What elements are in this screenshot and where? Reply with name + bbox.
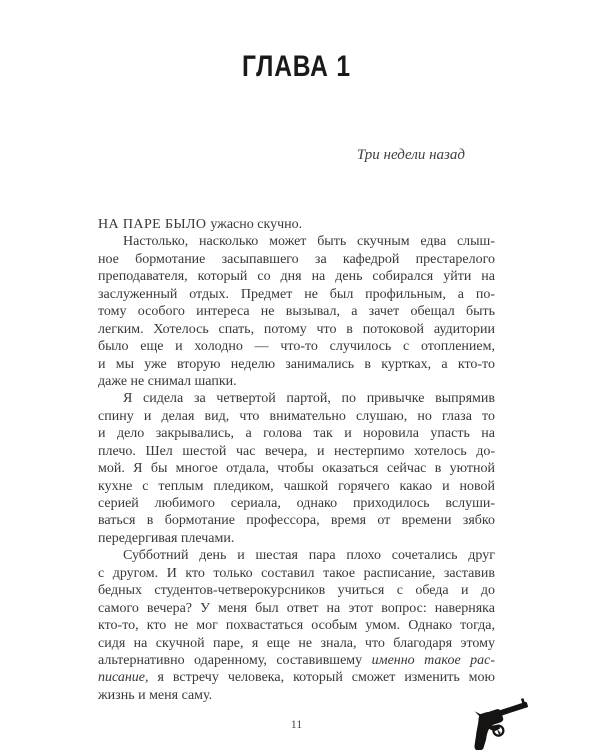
text-line: преподавателя, который со дня на день со… xyxy=(98,268,495,285)
text-line: НА ПАРЕ БЫЛО ужасно скучно. xyxy=(98,216,495,233)
text-line: жизнь и меня саму. xyxy=(98,687,495,704)
text-line: писание, я встречу человека, который смо… xyxy=(98,669,495,686)
text-line: мой. Я бы многое отдала, чтобы оказаться… xyxy=(98,460,495,477)
text-line: тому особого интереса не вызывал, а заче… xyxy=(98,303,495,320)
text-line: сидя на скучной паре, я еще не знала, чт… xyxy=(98,635,495,652)
text-line: легким. Хотелось спать, потому что в пот… xyxy=(98,321,495,338)
dateline: Три недели назад xyxy=(98,147,465,164)
book-page: ГЛАВА 1 Три недели назад НА ПАРЕ БЫЛО уж… xyxy=(0,0,600,750)
text-line: спину и делая вид, что внимательно слуша… xyxy=(98,408,495,425)
text-line: даже не снимал шапки. xyxy=(98,373,495,390)
text-line: ное бормотание засыпавшего за кафедрой п… xyxy=(98,251,495,268)
page-number: 11 xyxy=(98,717,495,732)
text-line: и дело закрывались, а голова так и норов… xyxy=(98,425,495,442)
text-line: заслуженный отдых. Предмет не был профил… xyxy=(98,286,495,303)
text-line: было еще и холодно — что-то случилось с … xyxy=(98,338,495,355)
chapter-title-text: ГЛАВА 1 xyxy=(242,50,351,84)
chapter-title: ГЛАВА 1 xyxy=(98,50,495,84)
text-line: кто-то, кто не мог похвастаться особым у… xyxy=(98,617,495,634)
text-line: самого вечера? У меня был ответ на этот … xyxy=(98,600,495,617)
text-line: и мы уже вторую неделю занимались в курт… xyxy=(98,356,495,373)
text-line: кухне с теплым пледиком, чашкой горячего… xyxy=(98,478,495,495)
text-line: с другом. И кто только составил такое ра… xyxy=(98,565,495,582)
text-line: Субботний день и шестая пара плохо сочет… xyxy=(98,547,495,564)
body-text: НА ПАРЕ БЫЛО ужасно скучно.Настолько, на… xyxy=(98,216,495,704)
text-line: ваться в бормотание профессора, время от… xyxy=(98,512,495,529)
text-line: плечо. Шел шестой час вечера, и нестерпи… xyxy=(98,443,495,460)
text-line: серией любимого сериала, однако приходил… xyxy=(98,495,495,512)
revolver-icon xyxy=(460,694,536,750)
text-line: передергивая плечами. xyxy=(98,530,495,547)
text-line: Настолько, насколько может быть скучным … xyxy=(98,233,495,250)
text-line: бедных студентов-четверокурсников учитьс… xyxy=(98,582,495,599)
text-line: альтернативно одаренному, составившему и… xyxy=(98,652,495,669)
text-line: Я сидела за четвертой партой, по привычк… xyxy=(98,390,495,407)
